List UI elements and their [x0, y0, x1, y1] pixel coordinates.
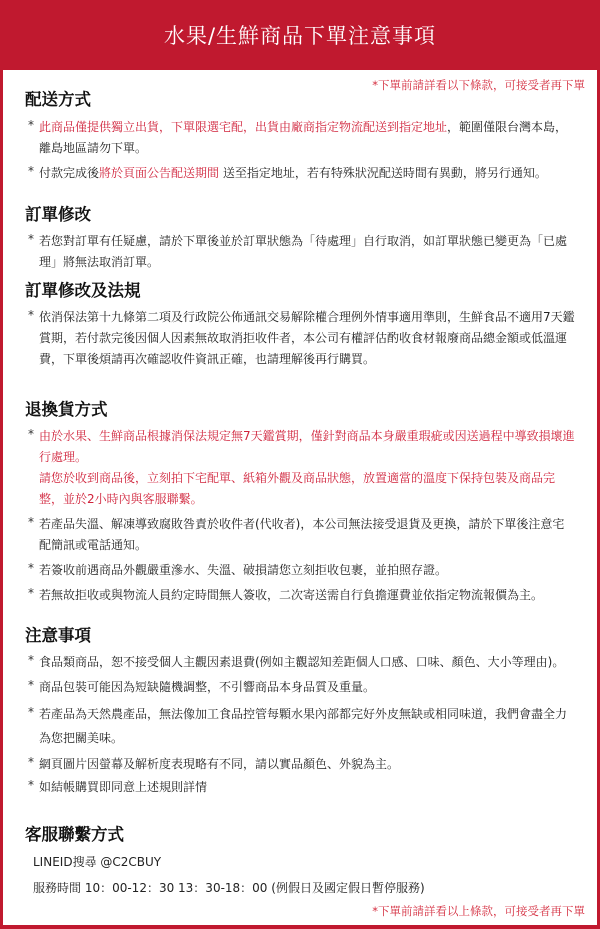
section-notes: 注意事項 食品類商品，恕不接受個人主觀因素退費(例如主觀認知差距個人口感、口味、… — [25, 625, 597, 798]
list-item: 依消保法第十九條第二項及行政院公佈通訊交易解除權合理例外情事適用準則，生鮮食品不… — [25, 307, 575, 370]
section-title: 訂單修改 — [25, 204, 597, 226]
section-title: 退換貨方式 — [25, 399, 597, 421]
list-item: 商品包裝可能因為短缺隨機調整，不引響商品本身品質及重量。 — [25, 677, 575, 698]
content-body: *下單前請詳看以下條款，可接受者再下單 配送方式 此商品僅提供獨立出貨，下單限選… — [3, 70, 597, 925]
list-item: 由於水果、生鮮商品根據消保法規定無7天鑑賞期，僅針對商品本身嚴重瑕疵或因送過程中… — [25, 426, 575, 510]
bottom-notice: *下單前請詳看以上條款，可接受者再下單 — [372, 903, 585, 919]
section-title: 客服聯繫方式 — [25, 824, 597, 846]
section-title: 訂單修改及法規 — [25, 280, 597, 302]
section-shipping: 配送方式 此商品僅提供獨立出貨，下單限選宅配，出貨由廠商指定物流配送到指定地址，… — [25, 89, 597, 184]
section-returns: 退換貨方式 由於水果、生鮮商品根據消保法規定無7天鑑賞期，僅針對商品本身嚴重瑕疵… — [25, 399, 597, 606]
list-item: 若簽收前遇商品外觀嚴重滲水、失溫、破損請您立刻拒收包裹，並拍照存證。 — [25, 560, 575, 581]
list-item: 若產品失溫、解凍導致腐敗咎責於收件者(代收者)，本公司無法接受退貨及更換，請於下… — [25, 514, 575, 556]
list-item: 如結帳購買即同意上述規則詳情 — [25, 777, 575, 798]
list-item: 若您對訂單有任疑慮，請於下單後並於訂單狀態為「待處理」自行取消，如訂單狀態已變更… — [25, 231, 575, 273]
list-item: 付款完成後將於頁面公告配送期間 送至指定地址，若有特殊狀況配送時間有異動，將另行… — [25, 163, 575, 184]
section-order-change: 訂單修改 若您對訂單有任疑慮，請於下單後並於訂單狀態為「待處理」自行取消，如訂單… — [25, 204, 597, 273]
line-id: LINEID搜尋 @C2CBUY — [25, 851, 597, 874]
section-title: 注意事項 — [25, 625, 597, 647]
section-regulations: 訂單修改及法規 依消保法第十九條第二項及行政院公佈通訊交易解除權合理例外情事適用… — [25, 280, 597, 370]
notice-page: 水果/生鮮商品下單注意事項 *下單前請詳看以下條款，可接受者再下單 配送方式 此… — [0, 0, 600, 929]
list-item: 食品類商品，恕不接受個人主觀因素退費(例如主觀認知差距個人口感、口味、顏色、大小… — [25, 652, 575, 673]
page-title: 水果/生鮮商品下單注意事項 — [164, 20, 436, 50]
page-header: 水果/生鮮商品下單注意事項 — [0, 0, 600, 70]
section-contact: 客服聯繫方式 LINEID搜尋 @C2CBUY 服務時間 10：00-12：30… — [25, 824, 597, 900]
list-item: 網頁圖片因螢幕及解析度表現略有不同，請以實品顏色、外貌為主。 — [25, 754, 575, 775]
section-title: 配送方式 — [25, 89, 597, 111]
list-item: 若產品為天然農產品，無法像加工食品控管每顆水果內部都完好外皮無缺或相同味道，我們… — [25, 702, 575, 750]
list-item: 此商品僅提供獨立出貨，下單限選宅配，出貨由廠商指定物流配送到指定地址，範圍僅限台… — [25, 117, 575, 159]
list-item: 若無故拒收或與物流人員約定時間無人簽收，二次寄送需自行負擔運費並依指定物流報價為… — [25, 585, 575, 606]
service-hours: 服務時間 10：00-12：30 13：30-18：00 (例假日及國定假日暫停… — [25, 877, 597, 900]
